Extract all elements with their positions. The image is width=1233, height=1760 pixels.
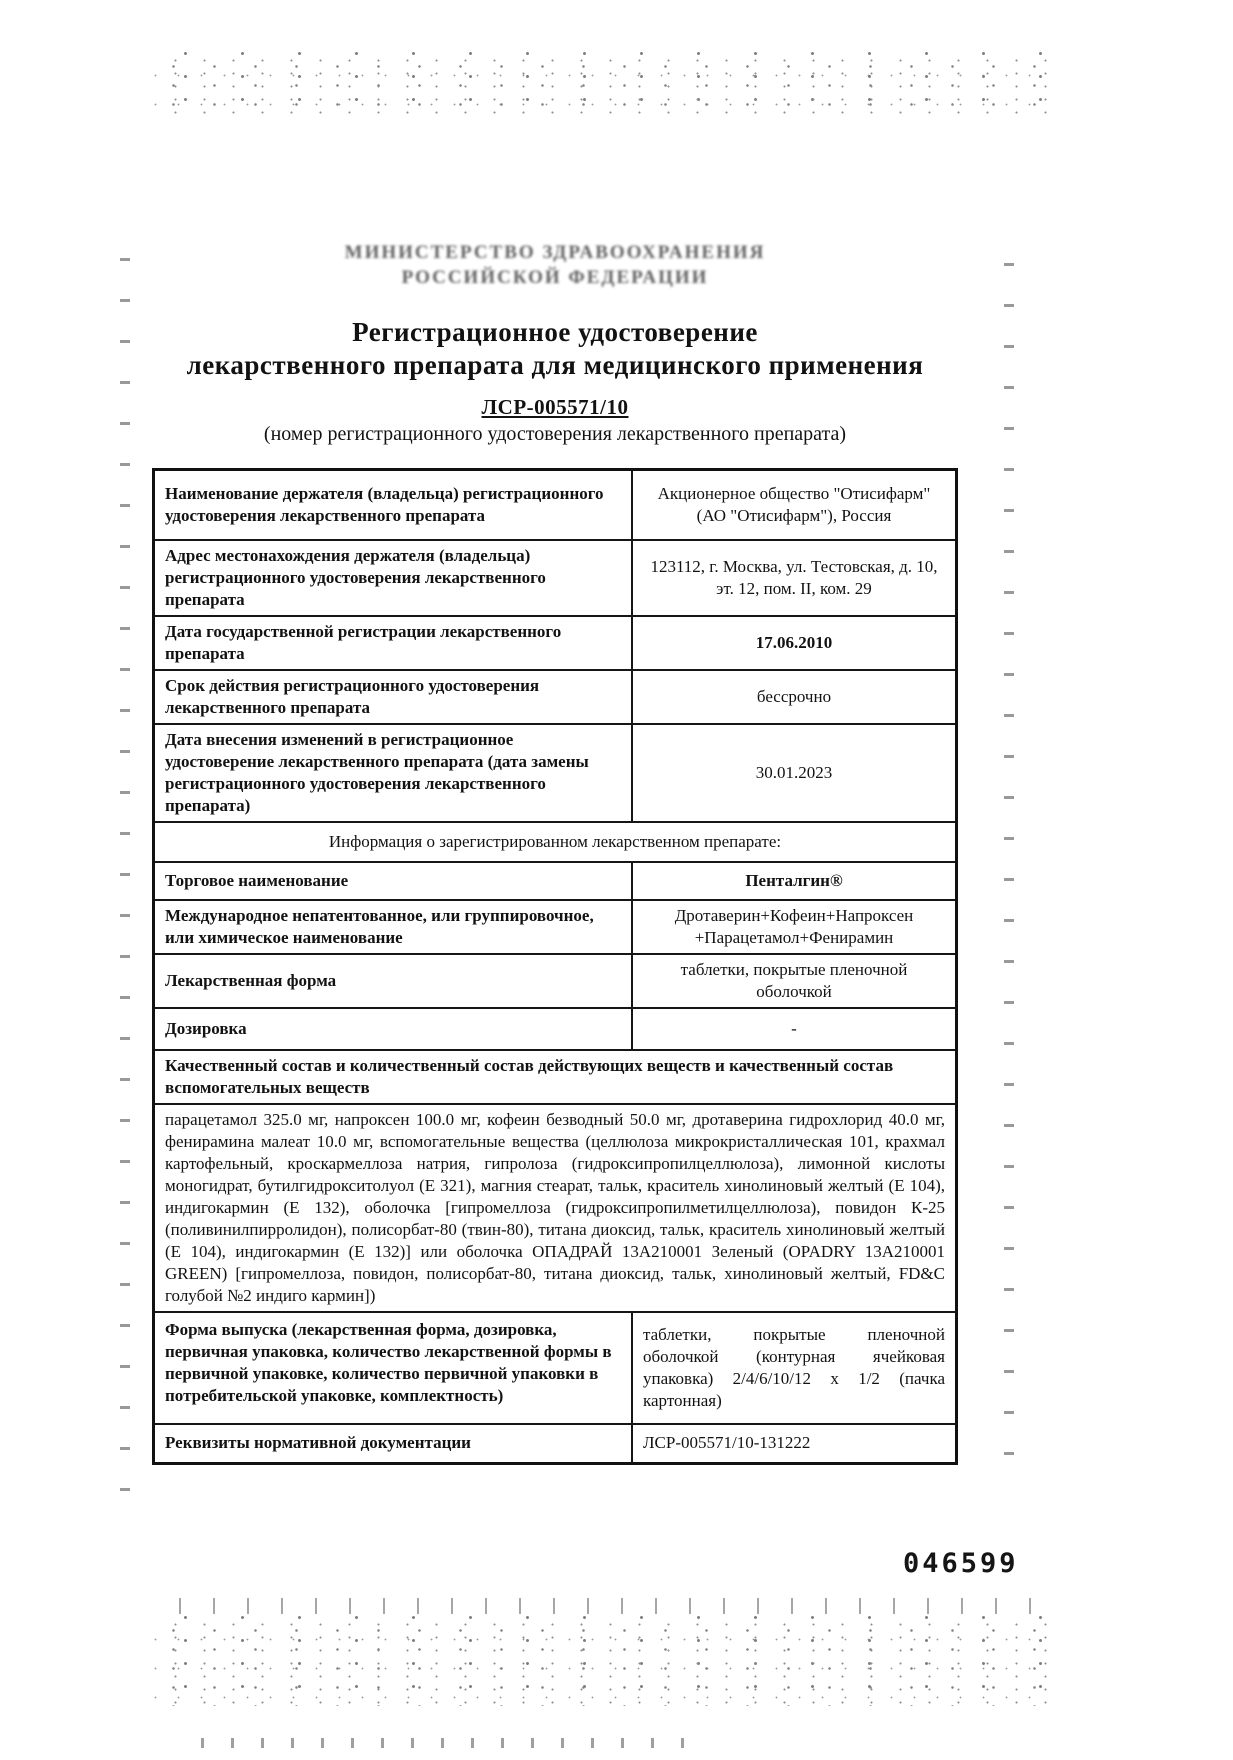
- table-row-composition: парацетамол 325.0 мг, напроксен 100.0 мг…: [154, 1104, 957, 1312]
- scan-noise-top: [150, 52, 1050, 118]
- document-title-line-1: Регистрационное удостоверение: [152, 316, 958, 349]
- ministry-line-1: МИНИСТЕРСТВО ЗДРАВООХРАНЕНИЯ: [152, 240, 958, 265]
- row-value: таблетки, покрытые пленочной оболочкой (…: [632, 1312, 957, 1424]
- row-label: Адрес местонахождения держателя (владель…: [154, 540, 633, 616]
- row-label: Реквизиты нормативной документации: [154, 1424, 633, 1464]
- row-label: Международное непатентованное, или групп…: [154, 900, 633, 954]
- row-label: Срок действия регистрационного удостовер…: [154, 670, 633, 724]
- table-row-normative-docs: Реквизиты нормативной документации ЛСР-0…: [154, 1424, 957, 1464]
- table-row-inn: Международное непатентованное, или групп…: [154, 900, 957, 954]
- registration-number-caption: (номер регистрационного удостоверения ле…: [152, 423, 958, 446]
- table-row-info-heading: Информация о зарегистрированном лекарств…: [154, 822, 957, 862]
- row-span-text: Информация о зарегистрированном лекарств…: [154, 822, 957, 862]
- row-value: 30.01.2023: [632, 724, 957, 822]
- table-row-dosage-form: Лекарственная форма таблетки, покрытые п…: [154, 954, 957, 1008]
- row-span-text: парацетамол 325.0 мг, напроксен 100.0 мг…: [154, 1104, 957, 1312]
- ministry-line-2: РОССИЙСКОЙ ФЕДЕРАЦИИ: [152, 265, 958, 290]
- table-row-trade-name: Торговое наименование Пенталгин®: [154, 862, 957, 900]
- row-label: Дата государственной регистрации лекарст…: [154, 616, 633, 670]
- row-value: Пенталгин®: [632, 862, 957, 900]
- table-row-holder-address: Адрес местонахождения держателя (владель…: [154, 540, 957, 616]
- registration-table: Наименование держателя (владельца) регис…: [152, 468, 958, 1465]
- row-label: Торговое наименование: [154, 862, 633, 900]
- row-label: Наименование держателя (владельца) регис…: [154, 470, 633, 540]
- table-row-release-form: Форма выпуска (лекарственная форма, дози…: [154, 1312, 957, 1424]
- table-row-registration-date: Дата государственной регистрации лекарст…: [154, 616, 957, 670]
- row-value: 17.06.2010: [632, 616, 957, 670]
- row-value: Дротаверин+Кофеин+Напроксен +Парацетамол…: [632, 900, 957, 954]
- row-value: ЛСР-005571/10-131222: [632, 1424, 957, 1464]
- row-label: Дозировка: [154, 1008, 633, 1050]
- row-span-text: Качественный состав и количественный сос…: [154, 1050, 957, 1104]
- row-value: -: [632, 1008, 957, 1050]
- stamp-number: 046599: [903, 1548, 1019, 1579]
- scan-noise-bottom-dashes: [150, 1598, 1050, 1614]
- document-header: МИНИСТЕРСТВО ЗДРАВООХРАНЕНИЯ РОССИЙСКОЙ …: [152, 240, 958, 446]
- row-value: бессрочно: [632, 670, 957, 724]
- scan-noise-bottom-band: [150, 1616, 1050, 1706]
- document-title: Регистрационное удостоверение лекарствен…: [152, 316, 958, 382]
- ministry-name: МИНИСТЕРСТВО ЗДРАВООХРАНЕНИЯ РОССИЙСКОЙ …: [152, 240, 958, 290]
- scan-noise-left-margin: [120, 225, 130, 1515]
- row-label: Форма выпуска (лекарственная форма, дози…: [154, 1312, 633, 1424]
- row-value: Акционерное общество "Отисифарм" (АО "От…: [632, 470, 957, 540]
- table-row-amendment-date: Дата внесения изменений в регистрационно…: [154, 724, 957, 822]
- document-title-line-2: лекарственного препарата для медицинског…: [152, 349, 958, 382]
- scan-noise-right-margin: [1004, 230, 1014, 1460]
- table-row-composition-heading: Качественный состав и количественный сос…: [154, 1050, 957, 1104]
- row-value: таблетки, покрытые пленочной оболочкой: [632, 954, 957, 1008]
- registration-number: ЛСР-005571/10: [152, 395, 958, 420]
- row-label: Лекарственная форма: [154, 954, 633, 1008]
- document-page: МИНИСТЕРСТВО ЗДРАВООХРАНЕНИЯ РОССИЙСКОЙ …: [0, 0, 1233, 1760]
- scan-noise-bottom-line: [180, 1738, 700, 1748]
- table-row-validity: Срок действия регистрационного удостовер…: [154, 670, 957, 724]
- table-row-dosage: Дозировка -: [154, 1008, 957, 1050]
- table-row-holder-name: Наименование держателя (владельца) регис…: [154, 470, 957, 540]
- row-label: Дата внесения изменений в регистрационно…: [154, 724, 633, 822]
- row-value: 123112, г. Москва, ул. Тестовская, д. 10…: [632, 540, 957, 616]
